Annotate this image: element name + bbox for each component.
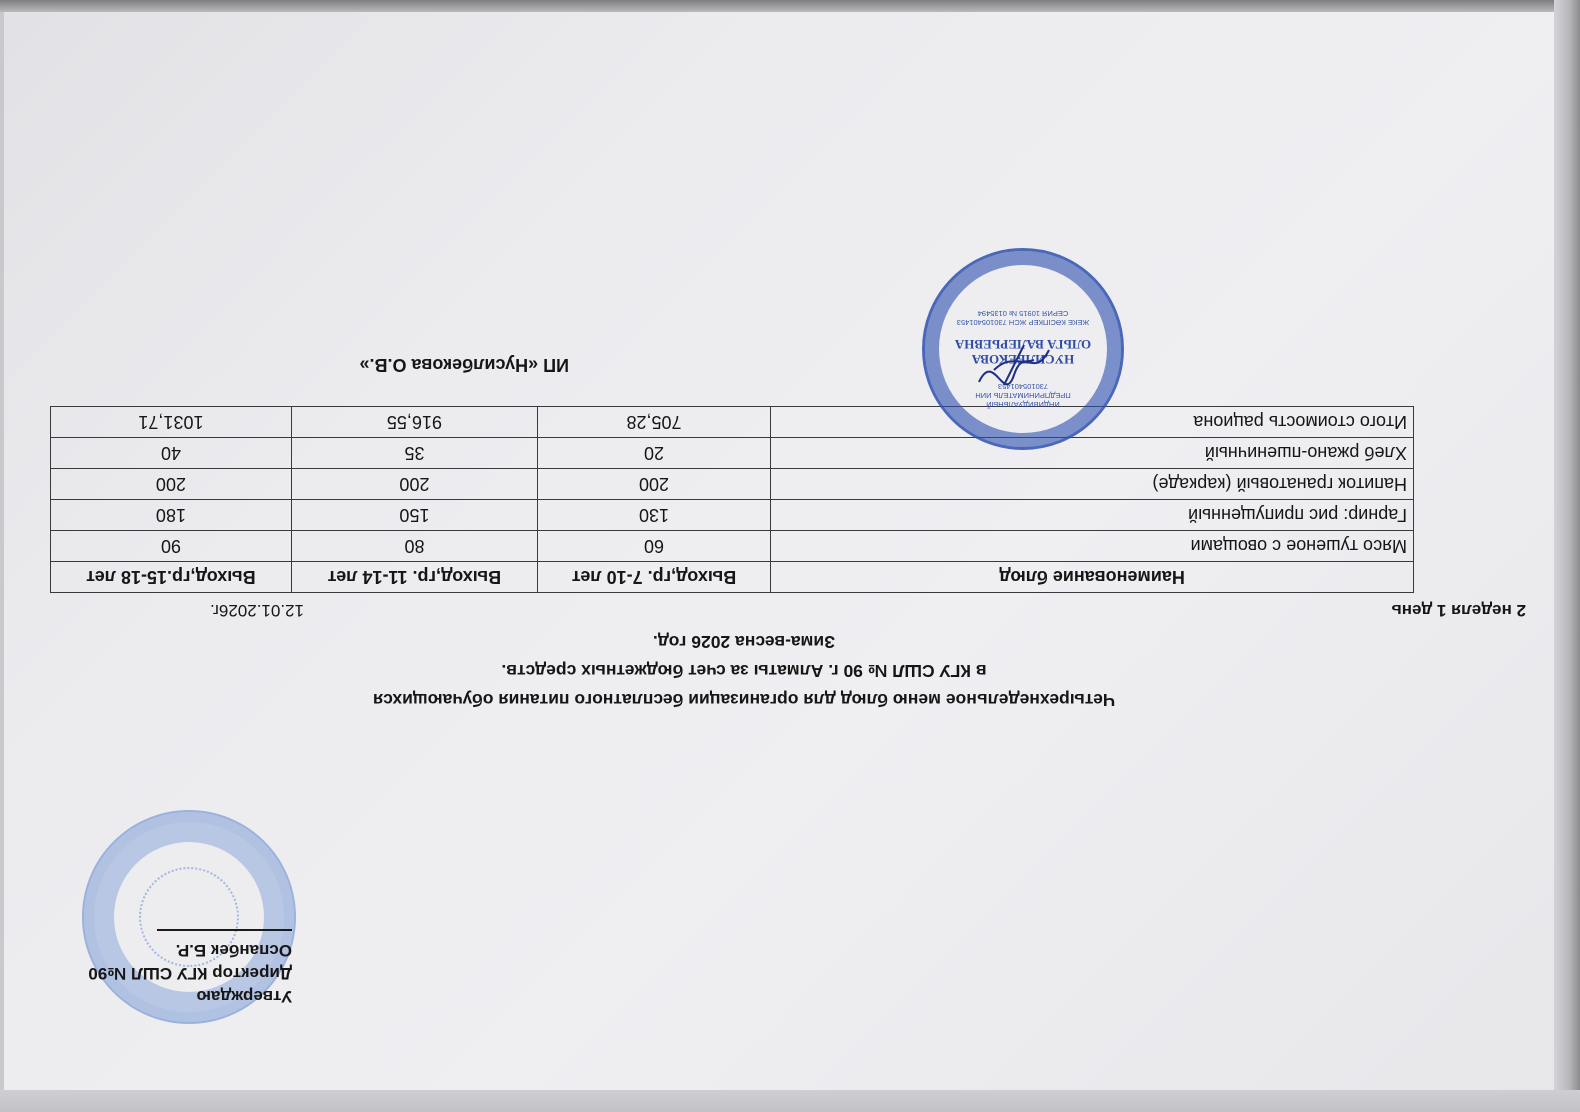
dish-name: Мясо тушеное с овощами xyxy=(771,531,1414,562)
table-header-row: Наименование блюд Выход,гр. 7-10 лет Вых… xyxy=(51,562,1414,593)
title-line-1: Четырехнедельное меню блюд для организац… xyxy=(264,685,1224,714)
approval-position: Директор КГУ СШЛ №90 xyxy=(22,962,292,985)
yield-7-10: 60 xyxy=(538,531,771,562)
table-row: Гарнир: рис припущенный 130 150 180 xyxy=(51,500,1414,531)
yield-15-18: 40 xyxy=(51,438,292,469)
menu-table: Наименование блюд Выход,гр. 7-10 лет Вых… xyxy=(50,406,1414,593)
document-title: Четырехнедельное меню блюд для организац… xyxy=(264,627,1224,714)
yield-15-18: 90 xyxy=(51,531,292,562)
dish-name: Напиток гранатовый (каркаде) xyxy=(771,469,1414,500)
title-line-3: Зима-весна 2026 год. xyxy=(264,627,1224,656)
header-yield-15-18: Выход,гр.15-18 лет xyxy=(51,562,292,593)
approval-label: Утверждаю xyxy=(22,985,292,1008)
table-row: Напиток гранатовый (каркаде) 200 200 200 xyxy=(51,469,1414,500)
stamp-inner-bottom: ЖЕКЕ КӘСІПКЕР ЖСН 730105401453 СЕРИЯ 109… xyxy=(955,309,1091,327)
signature-icon xyxy=(974,340,1054,390)
signature-line xyxy=(157,929,292,931)
yield-15-18: 180 xyxy=(51,500,292,531)
header-yield-11-14: Выход,гр. 11-14 лет xyxy=(291,562,537,593)
header-yield-7-10: Выход,гр. 7-10 лет xyxy=(538,562,771,593)
yield-11-14: 150 xyxy=(291,500,537,531)
yield-15-18: 200 xyxy=(51,469,292,500)
supplier-name: ИП «Нусилбекова О.В.» xyxy=(360,354,569,375)
approval-block: Утверждаю Директор КГУ СШЛ №90 Оспанбек … xyxy=(22,929,292,1008)
photo-edge-top xyxy=(0,0,1580,12)
yield-7-10: 20 xyxy=(538,438,771,469)
total-11-14: 916,55 xyxy=(291,407,537,438)
table-row: Хлеб ржано-пшеничный 20 35 40 xyxy=(51,438,1414,469)
yield-11-14: 35 xyxy=(291,438,537,469)
title-line-2: в КГУ СШЛ № 90 г. Алматы за счет бюджетн… xyxy=(264,656,1224,685)
document-sheet: Утверждаю Директор КГУ СШЛ №90 Оспанбек … xyxy=(4,12,1554,1090)
approval-signatory: Оспанбек Б.Р. xyxy=(22,939,292,962)
table-row: Мясо тушеное с овощами 60 80 90 xyxy=(51,531,1414,562)
dish-name: Хлеб ржано-пшеничный xyxy=(771,438,1414,469)
header-dish-name: Наименование блюд xyxy=(771,562,1414,593)
photo-edge-bottom xyxy=(0,1090,1580,1112)
menu-date: 12.01.2026г. xyxy=(210,600,304,620)
total-15-18: 1031,71 xyxy=(51,407,292,438)
photo-edge-right xyxy=(1554,0,1580,1112)
total-7-10: 705,28 xyxy=(538,407,771,438)
week-day: 2 неделя 1 день xyxy=(1391,600,1526,620)
yield-11-14: 200 xyxy=(291,469,537,500)
table-row-total: Итого стоимость рациона 705,28 916,55 10… xyxy=(51,407,1414,438)
yield-7-10: 130 xyxy=(538,500,771,531)
yield-7-10: 200 xyxy=(538,469,771,500)
dish-name: Гарнир: рис припущенный xyxy=(771,500,1414,531)
yield-11-14: 80 xyxy=(291,531,537,562)
